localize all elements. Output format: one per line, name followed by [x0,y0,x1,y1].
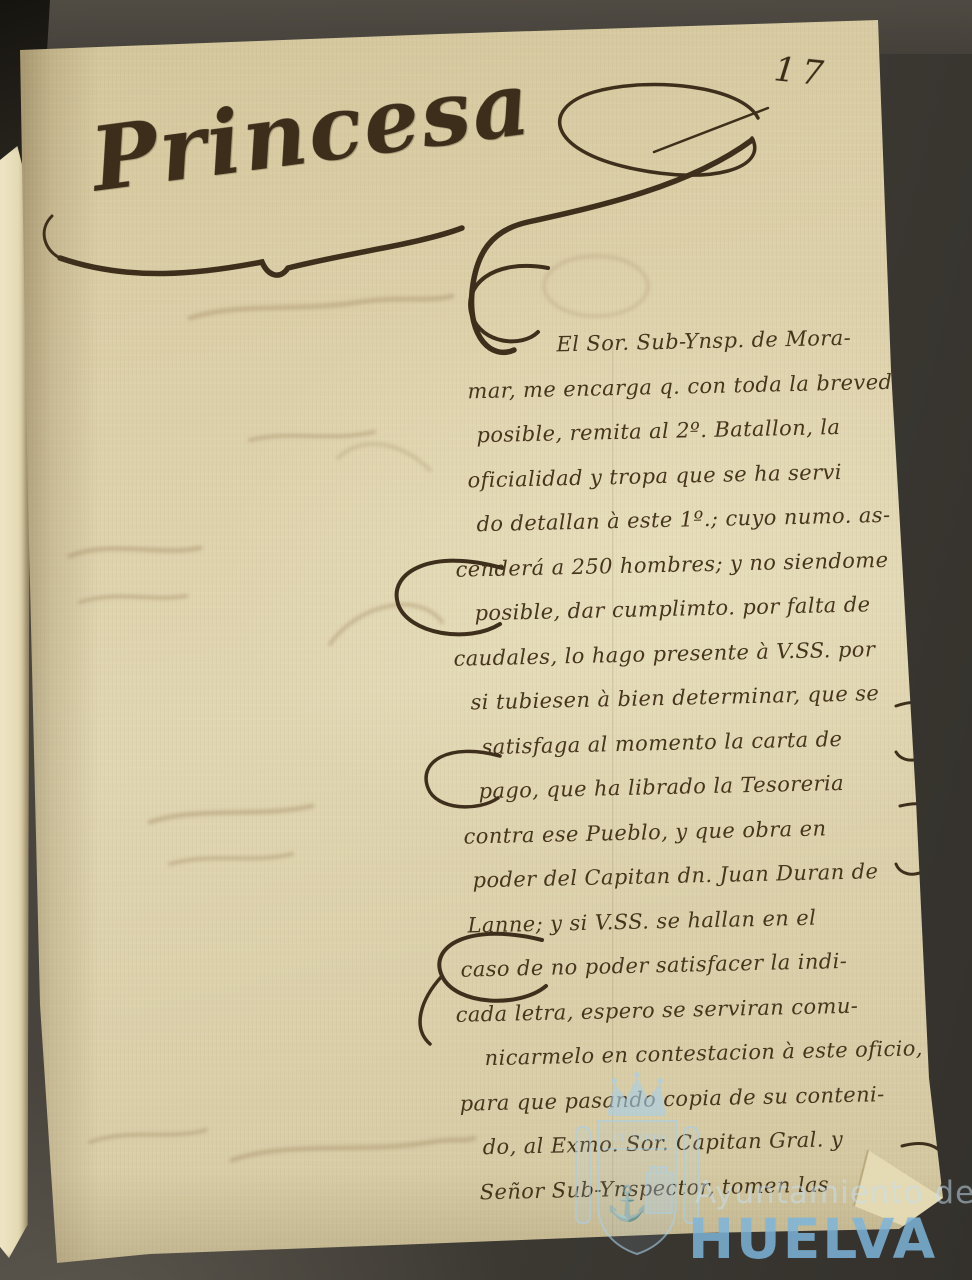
archive-photo: Princesa 17 El Sor. Sub-Ynsp. de Mora- m… [0,0,972,1280]
docket-title: Princesa [85,54,515,212]
manuscript-paper: Princesa 17 El Sor. Sub-Ynsp. de Mora- m… [0,0,972,1280]
letter-body: El Sor. Sub-Ynsp. de Mora- mar, me encar… [440,313,972,1214]
letter-line: El Sor. Sub-Ynsp. de Mora- [556,313,956,367]
page-number: 17 [772,49,831,95]
